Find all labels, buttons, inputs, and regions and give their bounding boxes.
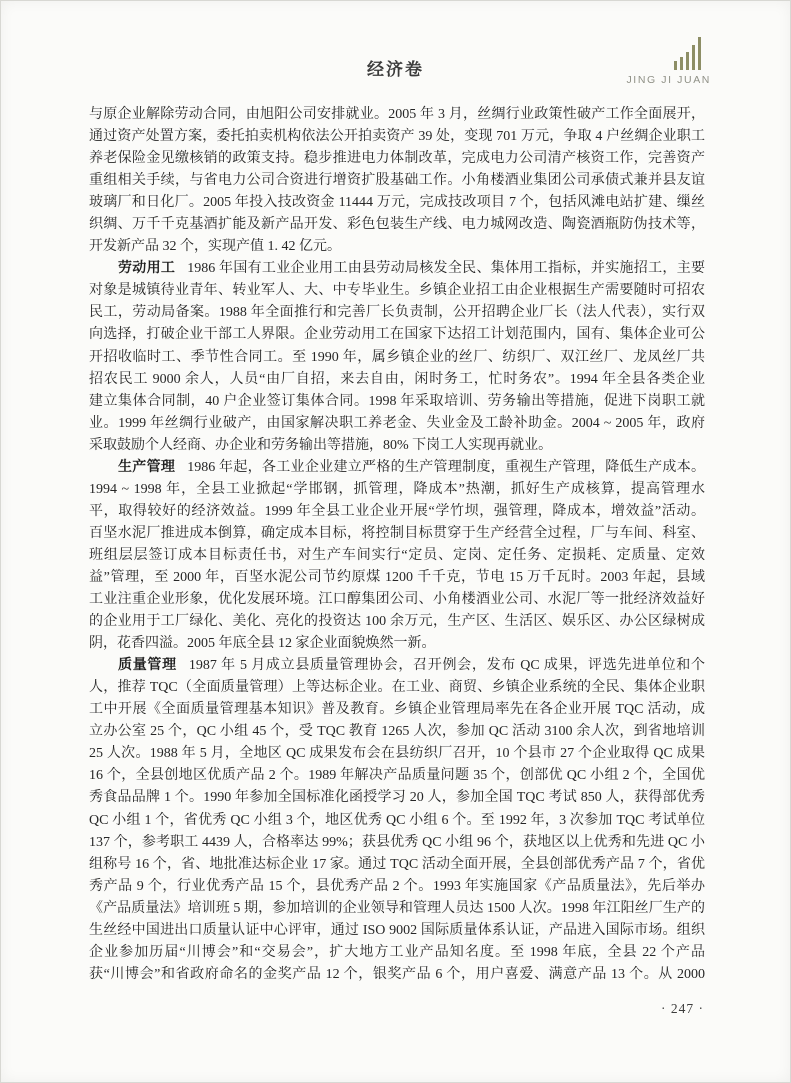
text-line: 通过资产处置方案，委托拍卖机构依法公开拍卖资产 39 处，变现 701 万元，争… xyxy=(89,126,705,148)
logo-bar xyxy=(698,37,701,70)
page-number: · 247 · xyxy=(661,1001,704,1017)
text-line: 获“川博会”和省政府命名的金奖产品 12 个，银奖产品 6 个，用户喜爱、满意产… xyxy=(89,964,705,986)
text-line: 质量管理1987 年 5 月成立县质量管理协会，召开例会，发布 QC 成果，评选… xyxy=(89,655,705,677)
text-line: 人，推荐 TQC（全面质量管理）上等达标企业。在工业、商贸、乡镇企业系统的全民、… xyxy=(89,677,705,699)
logo-bar xyxy=(692,45,695,70)
logo-text: JING JI JUAN xyxy=(626,74,711,86)
text-line: 开招收临时工、季节性合同工。至 1990 年，属乡镇企业的丝厂、纺织厂、双江丝厂… xyxy=(89,347,705,369)
text-line: 企业参加历届“川博会”和“交易会”，扩大地方工业产品知名度。至 1998 年底，… xyxy=(89,942,705,964)
text-line: 织绸、万千千克基酒扩能及新产品开发、彩色包装生产线、电力城网改造、陶瓷酒瓶防伪技… xyxy=(89,214,705,236)
text-line: 秀食品品牌 1 个。1990 年参加全国标准化函授学习 20 人，参加全国 TQ… xyxy=(89,787,705,809)
text-line: 养老保险金见缴核销的政策支持。稳步推进电力体制改革，完成电力公司清产核资工作，完… xyxy=(89,148,705,170)
text-line: 阴，花香四溢。2005 年底全县 12 家企业面貌焕然一新。 xyxy=(89,633,705,655)
text-line: 平，取得较好的经济效益。1999 年全县工业企业开展“学竹坝，强管理，降成本，增… xyxy=(89,501,705,523)
text-line: 业。1999 年丝绸行业破产，由国家解决职工养老金、失业金及工龄补助金。2004… xyxy=(89,413,705,435)
text-line: 百坚水泥厂推进成本倒算，确定成本目标，将控制目标贯穿于生产经营全过程，厂与车间、… xyxy=(89,523,705,545)
volume-logo: JING JI JUAN xyxy=(626,37,711,86)
text-line: 组称号 16 个，省、地批准达标企业 17 家。通过 TQC 活动全面开展，全县… xyxy=(89,854,705,876)
logo-bar xyxy=(680,57,683,70)
paragraph-label: 劳动用工 xyxy=(118,261,175,276)
text-line: 生产管理1986 年起，各工业企业建立严格的生产管理制度，重视生产管理，降低生产… xyxy=(89,457,705,479)
book-page: 经济卷 JING JI JUAN 与原企业解除劳动合同，由旭阳公司安排就业。20… xyxy=(0,0,791,1083)
text-line: 玻璃厂和日化厂。2005 年投入技改资金 11444 万元，完成技改项目 7 个… xyxy=(89,192,705,214)
logo-bar xyxy=(686,52,689,70)
text-line: 招农民工 9000 余人，人员“由厂自招，来去自由，闲时务工，忙时务农”。199… xyxy=(89,369,705,391)
text-line: 137 个，参考职工 4439 人，合格率达 99%；获县优秀 QC 小组 96… xyxy=(89,832,705,854)
text-line: 立办公室 25 个，QC 小组 45 个，受 TQC 教育 1265 人次，参加… xyxy=(89,721,705,743)
text-line: QC 小组 1 个，省优秀 QC 小组 3 个，地区优秀 QC 小组 6 个。至… xyxy=(89,810,705,832)
text-line: 工业注重企业形象，优化发展环境。江口醇集团公司、小角楼酒业公司、水泥厂等一批经济… xyxy=(89,589,705,611)
text-line: 《产品质量法》培训班 5 期，参加培训的企业领导和管理人员达 1500 人次。1… xyxy=(89,898,705,920)
paragraph: 劳动用工1986 年国有工业企业用工由县劳动局核发全民、集体用工指标，并实施招工… xyxy=(89,258,705,456)
paragraph-label: 生产管理 xyxy=(118,460,175,475)
text-line: 对象是城镇待业青年、转业军人、大、中专毕业生。乡镇企业招工由企业根据生产需要随时… xyxy=(89,280,705,302)
paragraph: 生产管理1986 年起，各工业企业建立严格的生产管理制度，重视生产管理，降低生产… xyxy=(89,457,705,655)
text-line: 采取鼓励个人经商、办企业和劳务输出等措施，80% 下岗工人实现再就业。 xyxy=(89,435,705,457)
body-text: 与原企业解除劳动合同，由旭阳公司安排就业。2005 年 3 月，丝绸行业政策性破… xyxy=(89,104,705,986)
text-line: 益”管理，至 2000 年，百坚水泥公司节约原煤 1200 千千克，节电 15 … xyxy=(89,567,705,589)
text-line: 与原企业解除劳动合同，由旭阳公司安排就业。2005 年 3 月，丝绸行业政策性破… xyxy=(89,104,705,126)
text-line: 25 人次。1988 年 5 月，全地区 QC 成果发布会在县纺织厂召开，10 … xyxy=(89,743,705,765)
text-line: 劳动用工1986 年国有工业企业用工由县劳动局核发全民、集体用工指标，并实施招工… xyxy=(89,258,705,280)
text-line: 建立集体合同制，40 户企业签订集体合同。1998 年采取培训、劳务输出等措施，… xyxy=(89,391,705,413)
logo-bar xyxy=(674,61,677,70)
text-line: 重组相关手续，与省电力公司合资进行增资扩股基础工作。小角楼酒业集团公司承债式兼并… xyxy=(89,170,705,192)
text-line: 秀产品 9 个，行业优秀产品 15 个，县优秀产品 2 个。1993 年实施国家… xyxy=(89,876,705,898)
bar-chart-icon xyxy=(671,37,701,70)
text-line: 16 个，全县创地区优质产品 2 个。1989 年解决产品质量问题 35 个，创… xyxy=(89,765,705,787)
text-line: 民工，劳动局备案。1988 年全面推行和完善厂长负责制，公开招聘企业厂长（法人代… xyxy=(89,302,705,324)
paragraph: 质量管理1987 年 5 月成立县质量管理协会，召开例会，发布 QC 成果，评选… xyxy=(89,655,705,986)
text-line: 班组层层签订成本目标责任书，对生产车间实行“定员、定岗、定任务、定损耗、定质量、… xyxy=(89,545,705,567)
text-line: 生丝经中国进出口质量认证中心评审，通过 ISO 9002 国际质量体系认证，产品… xyxy=(89,920,705,942)
paragraph-label: 质量管理 xyxy=(118,658,177,673)
text-line: 工中开展《全面质量管理基本知识》普及教育。乡镇企业管理局率先在各企业开展 TQC… xyxy=(89,699,705,721)
text-line: 的企业用于工厂绿化、美化、亮化的投资达 100 余万元，生产区、生活区、娱乐区、… xyxy=(89,611,705,633)
text-line: 向选择，打破企业干部工人界限。企业劳动用工在国家下达招工计划范围内，国有、集体企… xyxy=(89,324,705,346)
text-line: 开发新产品 32 个，实现产值 1. 42 亿元。 xyxy=(89,236,705,258)
paragraph: 与原企业解除劳动合同，由旭阳公司安排就业。2005 年 3 月，丝绸行业政策性破… xyxy=(89,104,705,258)
text-line: 1994 ~ 1998 年，全县工业掀起“学邯钢，抓管理，降成本”热潮，抓好生产… xyxy=(89,479,705,501)
